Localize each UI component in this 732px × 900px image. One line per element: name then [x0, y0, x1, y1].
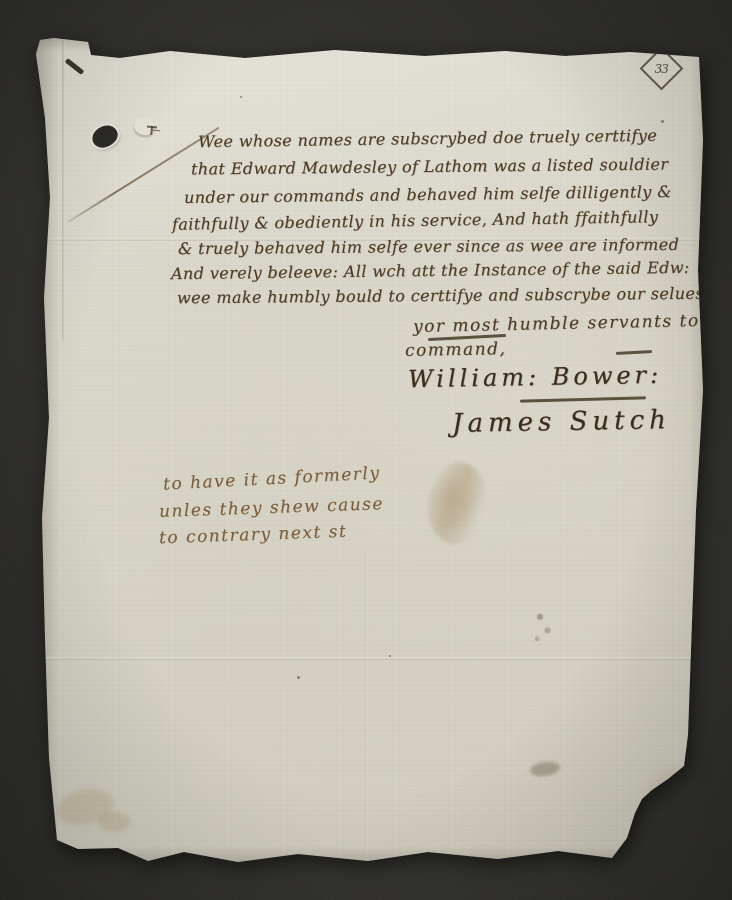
body-line-3: under our commands and behaved him selfe… [184, 182, 672, 207]
ink-offset-smudge [423, 458, 492, 547]
pen-dash [616, 350, 652, 355]
body-line-4: faithfully & obediently in his service, … [172, 207, 659, 234]
fold-crease-lower [40, 657, 696, 660]
body-line-1: Wee whose names are subscrybed doe truel… [198, 126, 657, 151]
manuscript-page: 33 Wee whose names are subscrybed doe tr… [0, 0, 732, 900]
signature-underline [520, 396, 646, 402]
signature-james-sutch: James Sutch [452, 405, 671, 439]
paper-edge-shade-top [36, 38, 702, 52]
dark-smudge [529, 760, 561, 778]
ink-speck [661, 120, 664, 123]
photo-background: 33 Wee whose names are subscrybed doe tr… [0, 0, 732, 900]
folio-number: 33 [655, 62, 668, 76]
paper-edge-shade-right [690, 50, 706, 860]
ink-specks [528, 610, 558, 644]
folio-diamond-stamp: 33 [640, 47, 684, 91]
stain-bottom-left-small [98, 812, 130, 832]
fold-crease-center [365, 555, 367, 855]
closing-line-1: yor most humble servants to [413, 311, 700, 337]
note-line-3: to contrary next st [159, 522, 348, 549]
note-line-2: unles they shew cause [159, 494, 385, 522]
paper-edge-shade-bottom [40, 846, 702, 862]
body-line-5: & truely behaved him selfe ever since as… [178, 235, 679, 258]
burn-mark-corner [636, 760, 696, 850]
paper-edge-shade-left [36, 38, 62, 860]
ink-speck [297, 676, 300, 679]
note-line-1: to have it as formerly [163, 463, 381, 494]
fold-crease-left [62, 40, 65, 340]
ink-speck [240, 96, 242, 98]
closing-line-2: command, [405, 339, 507, 361]
paper-shadow-wrap: 33 Wee whose names are subscrybed doe tr… [0, 0, 732, 900]
body-line-2: that Edward Mawdesley of Lathom was a li… [191, 155, 669, 179]
ink-speck [389, 655, 391, 657]
stain-bottom-left [53, 784, 117, 829]
body-line-6: And verely beleeve: All wch att the Inst… [171, 258, 690, 283]
body-line-7: wee make humbly bould to certtifye and s… [177, 284, 704, 308]
signature-william-bower: William: Bower: [408, 361, 663, 393]
paper-hole [90, 123, 120, 150]
ink-dash-mark [65, 58, 85, 75]
